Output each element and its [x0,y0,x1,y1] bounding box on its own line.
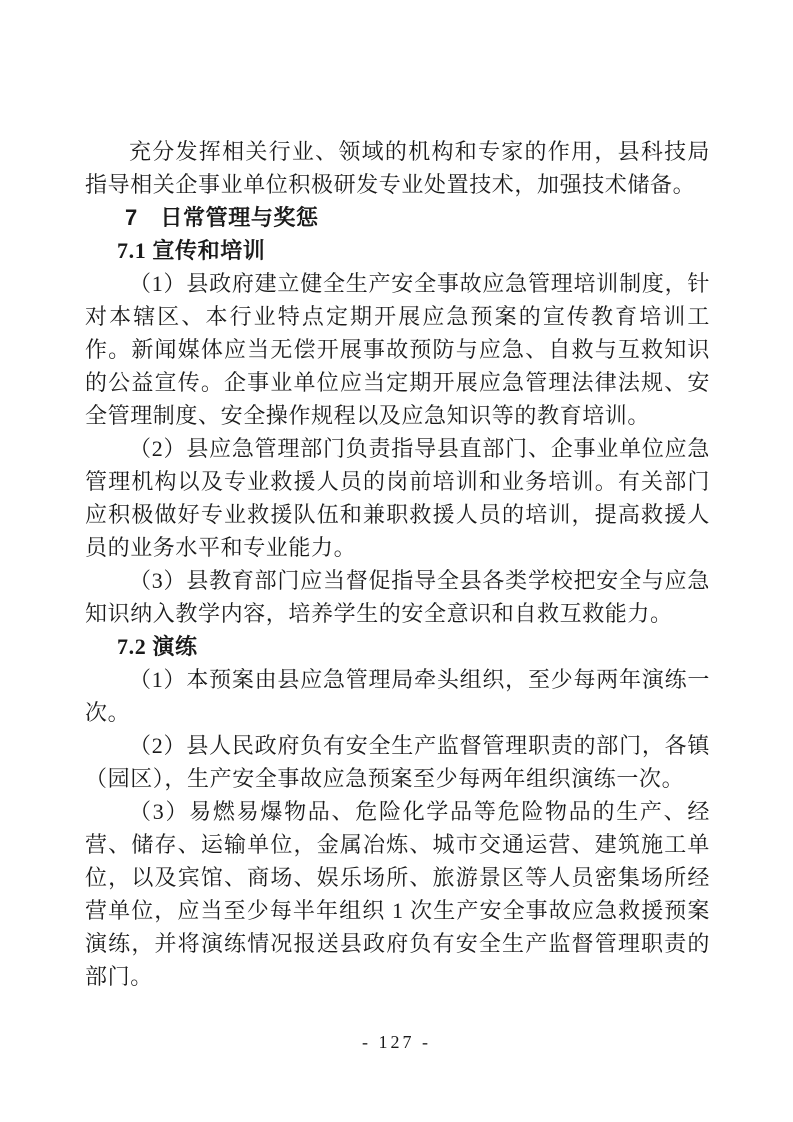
heading-daily-management: 7 日常管理与奖惩 [85,201,710,234]
paragraph-gov-dept-drills: （2）县人民政府负有安全生产监督管理职责的部门，各镇（园区），生产安全事故应急预… [85,729,710,795]
page-number: - 127 - [362,1032,431,1052]
heading-publicity-and-training: 7.1 宣传和培训 [85,234,710,267]
heading-drills: 7.2 演练 [85,630,710,663]
paragraph-expert-role: 充分发挥相关行业、领域的机构和专家的作用，县科技局指导相关企事业单位积极研发专业… [85,135,710,201]
paragraph-education-dept-guidance: （3）县教育部门应当督促指导全县各类学校把安全与应急知识纳入教学内容，培养学生的… [85,564,710,630]
paragraph-hazardous-units-drills: （3）易燃易爆物品、危险化学品等危险物品的生产、经营、储存、运输单位，金属冶炼、… [85,795,710,993]
paragraph-training-system: （1）县政府建立健全生产安全事故应急管理培训制度，针对本辖区、本行业特点定期开展… [85,267,710,432]
paragraph-plan-drill-frequency: （1）本预案由县应急管理局牵头组织，至少每两年演练一次。 [85,663,710,729]
document-page: 充分发挥相关行业、领域的机构和专家的作用，县科技局指导相关企事业单位积极研发专业… [0,0,793,1122]
document-content: 充分发挥相关行业、领域的机构和专家的作用，县科技局指导相关企事业单位积极研发专业… [85,135,710,993]
paragraph-emergency-dept-training: （2）县应急管理部门负责指导县直部门、企事业单位应急管理机构以及专业救援人员的岗… [85,432,710,564]
page-footer: - 127 - [0,1030,793,1054]
